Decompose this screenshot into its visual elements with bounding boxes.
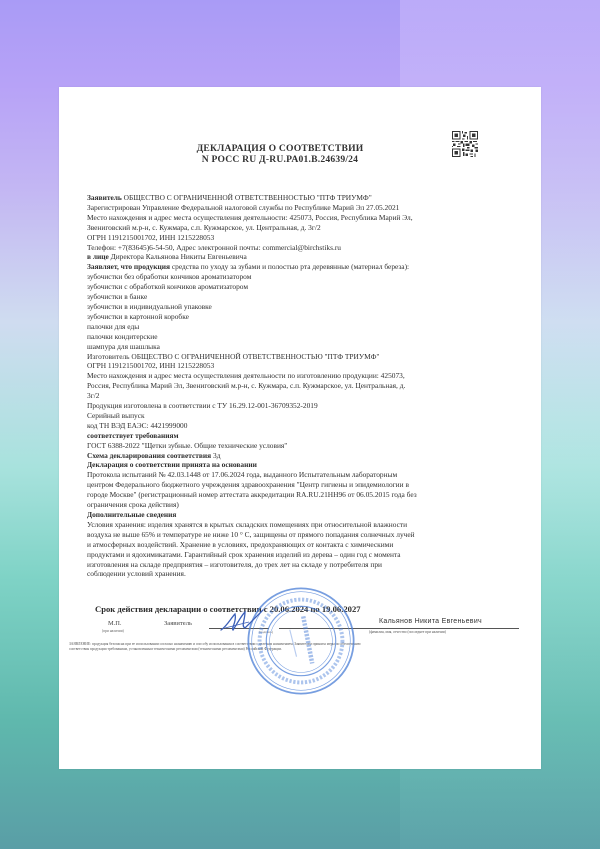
product-item: зубочистки без обработки кончиков аромат… (87, 272, 527, 282)
name-line (279, 628, 519, 629)
hs-code: код ТН ВЭД ЕАЭС: 4421999000 (87, 421, 527, 431)
manufacturer-name: ОБЩЕСТВО С ОГРАНИЧЕННОЙ ОТВЕТСТВЕННОСТЬЮ… (131, 352, 379, 361)
validity-period: Срок действия декларации о соответствии … (95, 604, 361, 614)
applicant-ogrn: ОГРН 1191215001702, ИНН 1215228053 (87, 233, 527, 243)
declares-label: Заявляет, что продукция (87, 262, 170, 271)
seal-note: (при наличии) (102, 629, 124, 633)
applicant-statement: ЗАЯВЛЕНИЕ: продукция безопасна при ее ис… (69, 642, 479, 652)
product-item: шампура для шашлыка (87, 342, 527, 352)
complies-label: соответствует требованиям (87, 431, 527, 441)
product-item: палочки для еды (87, 322, 527, 332)
signature-note: (подпись) (259, 630, 273, 634)
scheme-label: Схема декларирования соответствия (87, 451, 211, 460)
manufacturer-line: Изготовитель ОБЩЕСТВО С ОГРАНИЧЕННОЙ ОТВ… (87, 352, 527, 362)
product-item: палочки кондитерские (87, 332, 527, 342)
company-stamp-icon (245, 585, 357, 697)
applicant-registered: Зарегистрирован Управление Федеральной н… (87, 203, 527, 213)
product-item: зубочистки в банке (87, 292, 527, 302)
declaration-body: Заявитель ОБЩЕСТВО С ОГРАНИЧЕННОЙ ОТВЕТС… (87, 193, 527, 579)
basis-line: центром Федерального бюджетного учрежден… (87, 480, 527, 490)
product-item: зубочистки в картонной коробке (87, 312, 527, 322)
signature-applicant-label: Заявитель (164, 620, 192, 627)
applicant-contacts: Телефон: +7(83645)6-54-50, Адрес электро… (87, 243, 527, 253)
basis-label: Декларация о соответствии принята на осн… (87, 460, 527, 470)
signature-line (209, 628, 269, 629)
manufacturer-address-1: Место нахождения и адрес места осуществл… (87, 371, 527, 381)
seal-label: М.П. (108, 620, 122, 627)
manufacturer-address-3: 3г/2 (87, 391, 527, 401)
declaration-sheet: ДЕКЛАРАЦИЯ О СООТВЕТСТВИИ N РОСС RU Д-RU… (59, 87, 541, 769)
basis-line: городе Москве" (регистрационный номер ат… (87, 490, 527, 500)
declares-line: Заявляет, что продукция средства по уход… (87, 262, 527, 272)
applicant-represented: в лице Директора Кальянова Никиты Евгень… (87, 252, 527, 262)
qr-code-icon (452, 131, 478, 157)
applicant-label: Заявитель (87, 193, 122, 202)
produced-per: Продукция изготовлена в соответствии с Т… (87, 401, 527, 411)
additional-line: воздуха не выше 65% и температуре не ниж… (87, 530, 527, 540)
represented-label: в лице (87, 252, 109, 261)
manufacturer-ogrn: ОГРН 1191215001702, ИНН 1215228053 (87, 361, 527, 371)
signature-block: М.П. (при наличии) Заявитель (подпись) К… (59, 618, 541, 638)
scheme-value: 3д (213, 451, 220, 460)
statement-line: соответствия продукции требованиям, уста… (69, 647, 479, 652)
standard: ГОСТ 6388-2022 "Щетки зубные. Общие техн… (87, 441, 527, 451)
applicant-address-1: Место нахождения и адрес места осуществл… (87, 213, 527, 223)
product-item: зубочистки с обработкой кончиков аромати… (87, 282, 527, 292)
basis-line: Протокола испытаний № 42.03.1448 от 17.0… (87, 470, 527, 480)
product-list: зубочистки без обработки кончиков аромат… (87, 272, 527, 351)
additional-line: Условия хранения: изделия хранятся в кры… (87, 520, 527, 530)
serial-release: Серийный выпуск (87, 411, 527, 421)
product-item: зубочистки в индивидуальной упаковке (87, 302, 527, 312)
manufacturer-address-2: Россия, Республика Марий Эл, Звениговски… (87, 381, 527, 391)
signer-note: (фамилия, имя, отчество (последнее при н… (369, 630, 446, 634)
represented-by: Директора Кальянова Никиты Евгеньевича (111, 252, 247, 261)
additional-line: и атмосферных воздействий. Хранение в ус… (87, 540, 527, 550)
manufacturer-label: Изготовитель (87, 352, 130, 361)
basis-line: ограничения срока действия) (87, 500, 527, 510)
declares-text: средства по уходу за зубами и полостью р… (172, 262, 409, 271)
applicant-address-2: Звениговский м.р-н, с. Кужмара, с.п. Куж… (87, 223, 527, 233)
additional-label: Дополнительные сведения (87, 510, 527, 520)
applicant-name: ОБЩЕСТВО С ОГРАНИЧЕННОЙ ОТВЕТСТВЕННОСТЬЮ… (124, 193, 372, 202)
additional-line: соблюдении условий хранения. (87, 569, 527, 579)
additional-line: изготовления на складе предприятия – изг… (87, 560, 527, 570)
scheme-line: Схема декларирования соответствия 3д (87, 451, 527, 461)
applicant-line: Заявитель ОБЩЕСТВО С ОГРАНИЧЕННОЙ ОТВЕТС… (87, 193, 527, 203)
additional-line: продуктами и ядохимикатами. Гарантийный … (87, 550, 527, 560)
signer-name: Кальянов Никита Евгеньевич (379, 618, 482, 625)
